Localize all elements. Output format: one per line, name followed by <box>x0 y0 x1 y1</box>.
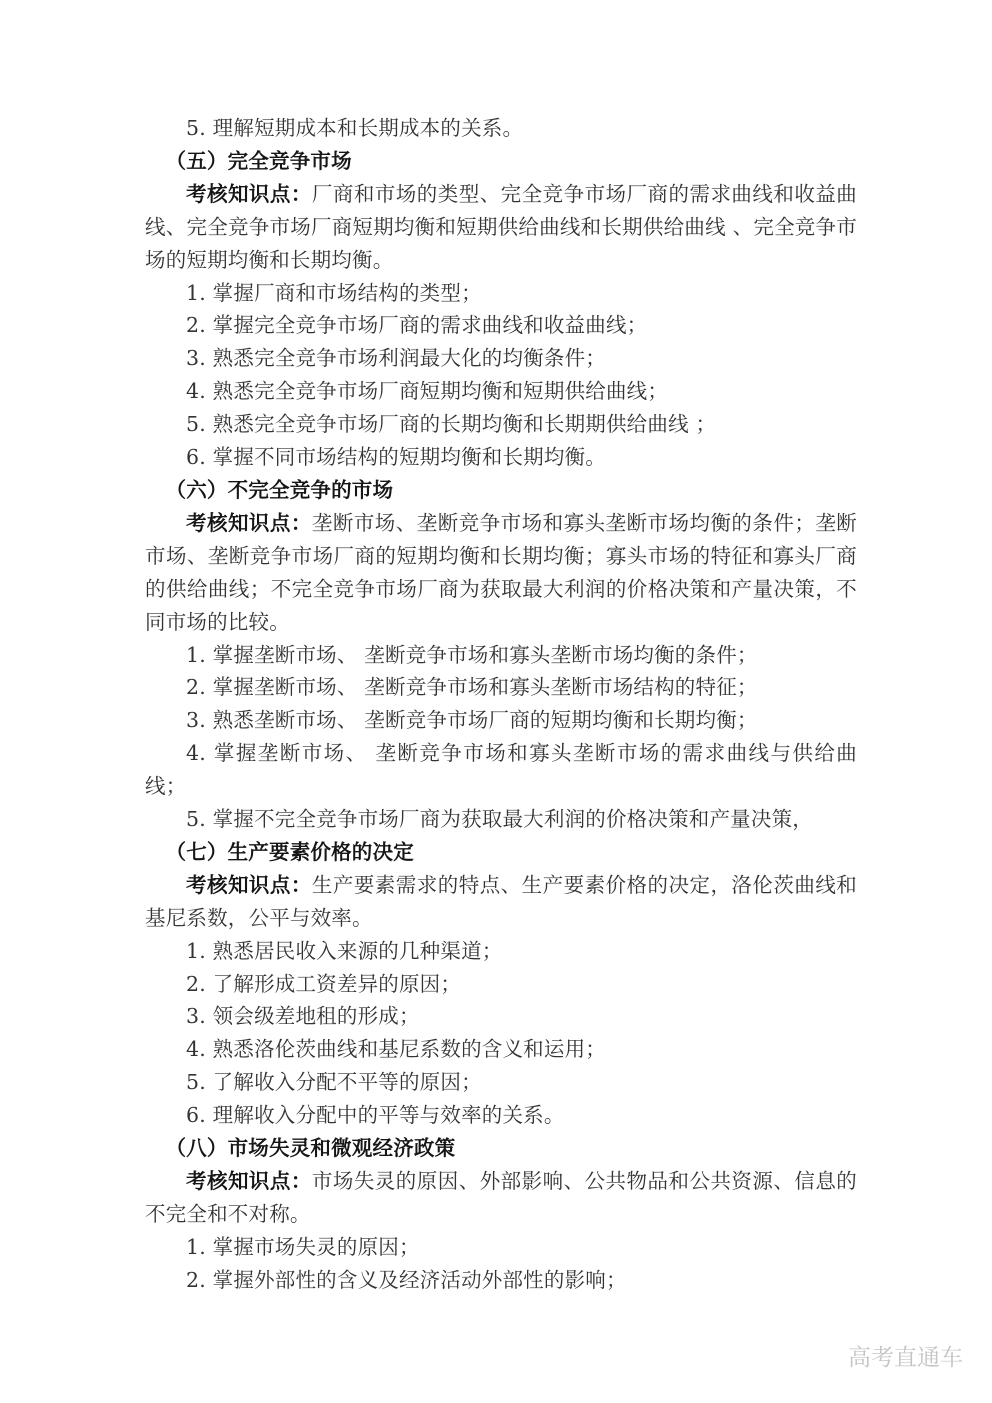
list-item: 5. 熟悉完全竞争市场厂商的长期均衡和长期期供给曲线 ； <box>145 408 857 441</box>
list-item: 2. 掌握完全竞争市场厂商的需求曲线和收益曲线； <box>145 309 857 342</box>
list-item: 3. 领会级差地租的形成； <box>145 1000 857 1033</box>
list-item: 5. 掌握不完全竞争市场厂商为获取最大利润的价格决策和产量决策， <box>145 803 857 836</box>
knowledge-point-label: 考核知识点： <box>186 1169 312 1193</box>
section-heading: （八）市场失灵和微观经济政策 <box>145 1132 857 1165</box>
knowledge-point-label: 考核知识点： <box>186 873 312 897</box>
section-heading: （五）完全竞争市场 <box>145 145 857 178</box>
list-item: 3. 熟悉完全竞争市场利润最大化的均衡条件； <box>145 342 857 375</box>
document-page: 5. 理解短期成本和长期成本的关系。（五）完全竞争市场考核知识点：厂商和市场的类… <box>0 0 992 1403</box>
section-heading: （六）不完全竞争的市场 <box>145 474 857 507</box>
list-item: 6. 理解收入分配中的平等与效率的关系。 <box>145 1099 857 1132</box>
knowledge-point-label: 考核知识点： <box>186 182 312 206</box>
list-item: 4. 熟悉完全竞争市场厂商短期均衡和短期供给曲线； <box>145 375 857 408</box>
section-heading: （七）生产要素价格的决定 <box>145 836 857 869</box>
knowledge-point-paragraph: 考核知识点：厂商和市场的类型、完全竞争市场厂商的需求曲线和收益曲线、完全竞争市场… <box>145 178 857 277</box>
list-item: 1. 掌握垄断市场、 垄断竞争市场和寡头垄断市场均衡的条件； <box>145 639 857 672</box>
list-item: 4. 熟悉洛伦茨曲线和基尼系数的含义和运用； <box>145 1033 857 1066</box>
list-item: 5. 理解短期成本和长期成本的关系。 <box>145 112 857 145</box>
list-item: 3. 熟悉垄断市场、 垄断竞争市场厂商的短期均衡和长期均衡； <box>145 704 857 737</box>
list-item: 1. 掌握厂商和市场结构的类型； <box>145 277 857 310</box>
list-item: 2. 掌握垄断市场、 垄断竞争市场和寡头垄断市场结构的特征； <box>145 671 857 704</box>
knowledge-point-label: 考核知识点： <box>186 511 312 535</box>
document-content: 5. 理解短期成本和长期成本的关系。（五）完全竞争市场考核知识点：厂商和市场的类… <box>145 112 857 1297</box>
list-item: 1. 熟悉居民收入来源的几种渠道； <box>145 935 857 968</box>
list-item: 2. 了解形成工资差异的原因； <box>145 968 857 1001</box>
knowledge-point-paragraph: 考核知识点：生产要素需求的特点、生产要素价格的决定，洛伦茨曲线和基尼系数，公平与… <box>145 869 857 935</box>
list-item: 5. 了解收入分配不平等的原因； <box>145 1066 857 1099</box>
list-item: 2. 掌握外部性的含义及经济活动外部性的影响； <box>145 1264 857 1297</box>
knowledge-point-paragraph: 考核知识点：垄断市场、垄断竞争市场和寡头垄断市场均衡的条件；垄断市场、垄断竞争市… <box>145 507 857 639</box>
list-item: 1. 掌握市场失灵的原因； <box>145 1231 857 1264</box>
watermark: 高考直通车 <box>848 1347 963 1370</box>
list-item: 6. 掌握不同市场结构的短期均衡和长期均衡。 <box>145 441 857 474</box>
knowledge-point-paragraph: 考核知识点：市场失灵的原因、外部影响、公共物品和公共资源、信息的不完全和不对称。 <box>145 1165 857 1231</box>
list-item: 4. 掌握垄断市场、 垄断竞争市场和寡头垄断市场的需求曲线与供给曲线； <box>145 737 857 803</box>
